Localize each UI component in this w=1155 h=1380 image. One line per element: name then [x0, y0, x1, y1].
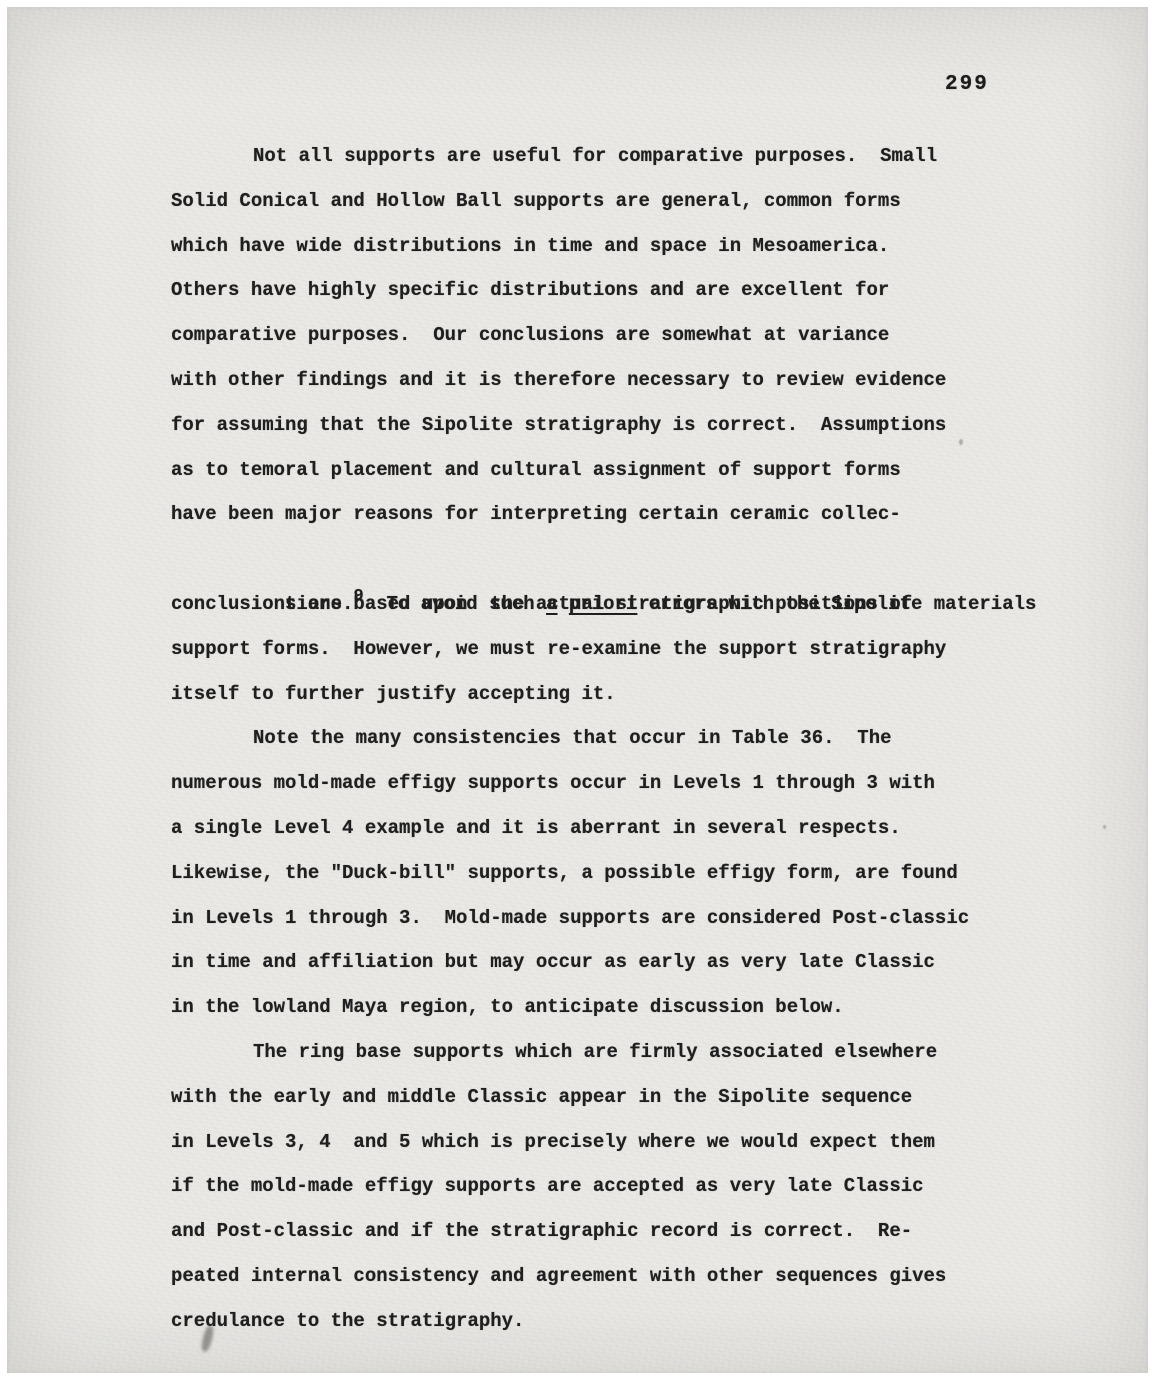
- text-line: in the lowland Maya region, to anticipat…: [171, 985, 991, 1030]
- text-line: Solid Conical and Hollow Ball supports a…: [171, 179, 991, 224]
- body-text: Not all supports are useful for comparat…: [171, 134, 991, 1344]
- text-line: have been major reasons for interpreting…: [171, 492, 991, 537]
- paragraph: Not all supports are useful for comparat…: [171, 134, 991, 716]
- footnote-reference: 9: [353, 587, 363, 606]
- text-line: if the mold-made effigy supports are acc…: [171, 1164, 991, 1209]
- text-line: a single Level 4 example and it is aberr…: [171, 806, 991, 851]
- text-line: numerous mold-made effigy supports occur…: [171, 761, 991, 806]
- text-line: Note the many consistencies that occur i…: [171, 716, 991, 761]
- text-line: peated internal consistency and agreemen…: [171, 1254, 991, 1299]
- paragraph: The ring base supports which are firmly …: [171, 1030, 991, 1344]
- text-line: with the early and middle Classic appear…: [171, 1075, 991, 1120]
- scan-speck-artifact: [1103, 825, 1106, 829]
- text-line: conclusions are based upon the actual st…: [171, 582, 991, 627]
- text-line: as to temoral placement and cultural ass…: [171, 448, 991, 493]
- text-line: The ring base supports which are firmly …: [171, 1030, 991, 1075]
- scanned-page: 299 Not all supports are useful for comp…: [7, 7, 1148, 1373]
- text-line: support forms. However, we must re-exami…: [171, 627, 991, 672]
- scanned-document-screenshot: 299 Not all supports are useful for comp…: [0, 0, 1155, 1380]
- text-line: and Post-classic and if the stratigraphi…: [171, 1209, 991, 1254]
- text-line: in Levels 1 through 3. Mold-made support…: [171, 896, 991, 941]
- scan-speck-artifact: [959, 439, 963, 445]
- text-line: Likewise, the "Duck-bill" supports, a po…: [171, 851, 991, 896]
- text-line: Others have highly specific distribution…: [171, 268, 991, 313]
- page-number: 299: [945, 73, 989, 96]
- text-line: in Levels 3, 4 and 5 which is precisely …: [171, 1120, 991, 1165]
- text-line: which have wide distributions in time an…: [171, 224, 991, 269]
- text-line-with-footnote: tions.9 To avoid such a priori errors wi…: [171, 537, 991, 582]
- text-line: credulance to the stratigraphy.: [171, 1299, 991, 1344]
- text-line: in time and affiliation but may occur as…: [171, 940, 991, 985]
- text-line: Not all supports are useful for comparat…: [171, 134, 991, 179]
- text-line: with other findings and it is therefore …: [171, 358, 991, 403]
- text-line: for assuming that the Sipolite stratigra…: [171, 403, 991, 448]
- paragraph: Note the many consistencies that occur i…: [171, 716, 991, 1030]
- text-line: comparative purposes. Our conclusions ar…: [171, 313, 991, 358]
- text-line: itself to further justify accepting it.: [171, 672, 991, 717]
